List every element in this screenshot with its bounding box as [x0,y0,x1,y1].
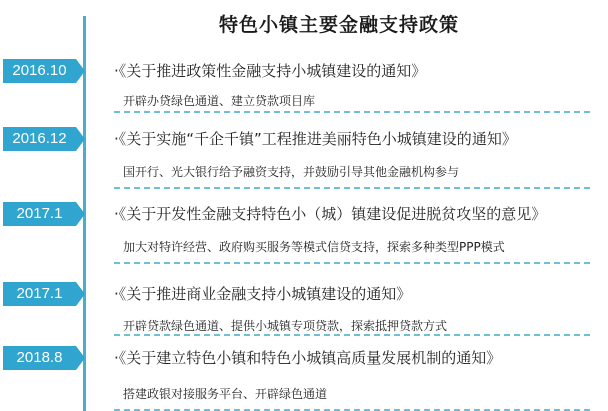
policy-title: ·《关于推进商业金融支持小城镇建设的通知》 [114,283,411,304]
dash-divider [114,334,590,336]
page-title: 特色小镇主要金融支持政策 [0,10,608,37]
date-tag: 2016.10 [3,59,76,83]
policy-desc: 国开行、光大银行给予融资支持，并鼓励引导其他金融机构参与 [123,163,459,180]
policy-desc: 开辟办贷绿色通道、建立贷款项目库 [123,92,315,109]
date-tag: 2018.8 [3,346,76,370]
policy-title: ·《关于实施“千企千镇”工程推进美丽特色小城镇建设的通知》 [114,128,517,149]
date-tag: 2017.1 [3,202,76,226]
policy-title: ·《关于推进政策性金融支持小城镇建设的通知》 [114,60,426,81]
policy-title: ·《关于建立特色小镇和特色小城镇高质量发展机制的通知》 [114,347,501,368]
date-tag: 2016.12 [3,127,76,151]
policy-desc: 开辟贷款绿色通道、提供小城镇专项贷款，探索抵押贷款方式 [123,317,447,334]
policy-desc: 搭建政银对接服务平台、开辟绿色通道 [123,385,327,402]
policy-title: ·《关于开发性金融支持特色小（城）镇建设促进脱贫攻坚的意见》 [114,203,546,224]
dash-divider [114,187,590,189]
dash-divider [114,262,590,264]
date-tag: 2017.1 [3,282,76,306]
policy-desc: 加大对特许经营、政府购买服务等模式信贷支持，探索多种类型PPP模式 [123,238,505,255]
dash-divider [114,111,590,113]
